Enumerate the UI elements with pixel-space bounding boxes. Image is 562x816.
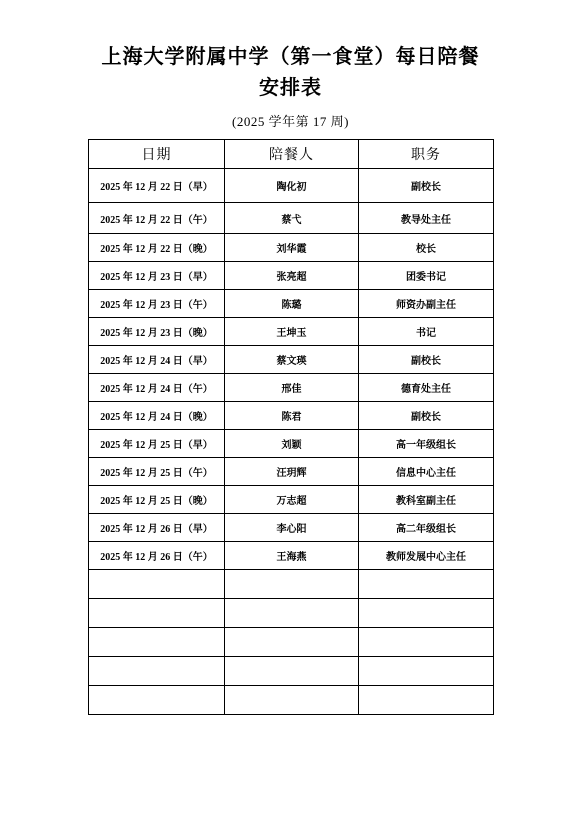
cell-date-empty xyxy=(89,657,225,686)
cell-person-empty xyxy=(225,570,359,599)
cell-person: 蔡弋 xyxy=(225,203,359,234)
cell-date: 2025 年 12 月 22 日（早） xyxy=(89,169,225,203)
cell-date: 2025 年 12 月 23 日（晚） xyxy=(89,318,225,346)
cell-date: 2025 年 12 月 25 日（早） xyxy=(89,430,225,458)
page-title-line1: 上海大学附属中学（第一食堂）每日陪餐 xyxy=(102,46,480,68)
table-row: 2025 年 12 月 22 日（晚） 刘华霞 校长 xyxy=(89,234,494,262)
cell-date-empty xyxy=(89,570,225,599)
table-row-empty xyxy=(89,599,494,628)
cell-title: 德育处主任 xyxy=(359,374,494,402)
cell-title: 副校长 xyxy=(359,169,494,203)
cell-person: 陈君 xyxy=(225,402,359,430)
cell-person: 蔡文瑛 xyxy=(225,346,359,374)
table-row-empty xyxy=(89,657,494,686)
col-header-title: 职务 xyxy=(359,140,494,169)
cell-date: 2025 年 12 月 25 日（晚） xyxy=(89,486,225,514)
cell-person: 万志超 xyxy=(225,486,359,514)
cell-person: 陈璐 xyxy=(225,290,359,318)
table-row-empty xyxy=(89,570,494,599)
cell-person: 王坤玉 xyxy=(225,318,359,346)
cell-person: 陶化初 xyxy=(225,169,359,203)
table-row: 2025 年 12 月 25 日（早） 刘颖 高一年级组长 xyxy=(89,430,494,458)
col-header-person: 陪餐人 xyxy=(225,140,359,169)
table-row: 2025 年 12 月 25 日（晚） 万志超 教科室副主任 xyxy=(89,486,494,514)
cell-date: 2025 年 12 月 23 日（早） xyxy=(89,262,225,290)
cell-date: 2025 年 12 月 23 日（午） xyxy=(89,290,225,318)
cell-date: 2025 年 12 月 22 日（晚） xyxy=(89,234,225,262)
cell-title: 高二年级组长 xyxy=(359,514,494,542)
cell-date-empty xyxy=(89,686,225,715)
cell-person: 王海燕 xyxy=(225,542,359,570)
cell-date-empty xyxy=(89,599,225,628)
cell-title: 教导处主任 xyxy=(359,203,494,234)
cell-title: 校长 xyxy=(359,234,494,262)
cell-title: 团委书记 xyxy=(359,262,494,290)
cell-title: 师资办副主任 xyxy=(359,290,494,318)
cell-date-empty xyxy=(89,628,225,657)
cell-date: 2025 年 12 月 26 日（早） xyxy=(89,514,225,542)
cell-person: 刘华霞 xyxy=(225,234,359,262)
cell-person: 邢佳 xyxy=(225,374,359,402)
cell-title: 教科室副主任 xyxy=(359,486,494,514)
table-row: 2025 年 12 月 25 日（午） 汪玥辉 信息中心主任 xyxy=(89,458,494,486)
table-row: 2025 年 12 月 24 日（晚） 陈君 副校长 xyxy=(89,402,494,430)
cell-person: 汪玥辉 xyxy=(225,458,359,486)
cell-title: 高一年级组长 xyxy=(359,430,494,458)
cell-title: 教师发展中心主任 xyxy=(359,542,494,570)
cell-person-empty xyxy=(225,628,359,657)
table-row-empty xyxy=(89,628,494,657)
page-title: 上海大学附属中学（第一食堂）每日陪餐 安排表 xyxy=(88,42,493,104)
cell-title: 信息中心主任 xyxy=(359,458,494,486)
cell-title: 副校长 xyxy=(359,402,494,430)
cell-person-empty xyxy=(225,686,359,715)
cell-title-empty xyxy=(359,599,494,628)
cell-date: 2025 年 12 月 26 日（午） xyxy=(89,542,225,570)
table-row: 2025 年 12 月 26 日（午） 王海燕 教师发展中心主任 xyxy=(89,542,494,570)
cell-person: 张亮超 xyxy=(225,262,359,290)
cell-title: 书记 xyxy=(359,318,494,346)
cell-person-empty xyxy=(225,599,359,628)
schedule-table: 日期 陪餐人 职务 2025 年 12 月 22 日（早） 陶化初 副校长 20… xyxy=(88,139,494,715)
page-subtitle: (2025 学年第 17 周) xyxy=(88,111,493,130)
page-title-line2: 安排表 xyxy=(259,77,322,99)
cell-title-empty xyxy=(359,570,494,599)
cell-title: 副校长 xyxy=(359,346,494,374)
cell-person: 刘颖 xyxy=(225,430,359,458)
cell-date: 2025 年 12 月 24 日（晚） xyxy=(89,402,225,430)
table-row: 2025 年 12 月 24 日（早） 蔡文瑛 副校长 xyxy=(89,346,494,374)
table-row: 2025 年 12 月 24 日（午） 邢佳 德育处主任 xyxy=(89,374,494,402)
table-row: 2025 年 12 月 22 日（早） 陶化初 副校长 xyxy=(89,169,494,203)
col-header-date: 日期 xyxy=(89,140,225,169)
cell-title-empty xyxy=(359,657,494,686)
header-row: 日期 陪餐人 职务 xyxy=(89,140,494,169)
cell-person: 李心阳 xyxy=(225,514,359,542)
cell-title-empty xyxy=(359,686,494,715)
cell-date: 2025 年 12 月 24 日（早） xyxy=(89,346,225,374)
cell-date: 2025 年 12 月 25 日（午） xyxy=(89,458,225,486)
table-row: 2025 年 12 月 26 日（早） 李心阳 高二年级组长 xyxy=(89,514,494,542)
table-row: 2025 年 12 月 23 日（晚） 王坤玉 书记 xyxy=(89,318,494,346)
document-page: { "page": { "title_line1": "上海大学附属中学（第一食… xyxy=(0,0,562,816)
table-row: 2025 年 12 月 22 日（午） 蔡弋 教导处主任 xyxy=(89,203,494,234)
cell-person-empty xyxy=(225,657,359,686)
document-content: 上海大学附属中学（第一食堂）每日陪餐 安排表 (2025 学年第 17 周) 日… xyxy=(88,0,493,715)
table-row: 2025 年 12 月 23 日（早） 张亮超 团委书记 xyxy=(89,262,494,290)
table-row-empty xyxy=(89,686,494,715)
table-row: 2025 年 12 月 23 日（午） 陈璐 师资办副主任 xyxy=(89,290,494,318)
cell-title-empty xyxy=(359,628,494,657)
cell-date: 2025 年 12 月 22 日（午） xyxy=(89,203,225,234)
cell-date: 2025 年 12 月 24 日（午） xyxy=(89,374,225,402)
